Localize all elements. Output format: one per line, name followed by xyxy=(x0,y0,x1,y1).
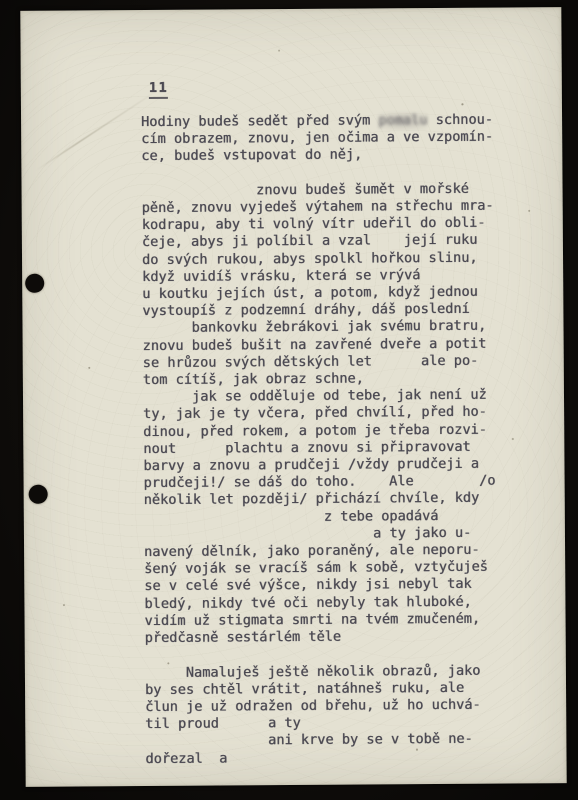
punch-hole-bottom xyxy=(29,485,48,504)
text-line: prudčeji!/ se dáš do toho. Ale /o xyxy=(144,473,544,493)
punch-hole-top xyxy=(25,274,44,293)
text-line: kodrapu, aby ti volný vítr udeřil do obl… xyxy=(142,214,542,234)
text-line: dinou, před rokem, a potom je třeba rozv… xyxy=(143,421,543,441)
text-line: cím obrazem, znovu, jen očima a ve vzpom… xyxy=(141,128,541,148)
paper-sheet: 11 Hodiny budeš sedět před svým pomalu s… xyxy=(20,7,566,787)
paper-specks xyxy=(20,11,21,12)
text-lines: Hodiny budeš sedět před svým pomalu schn… xyxy=(141,111,546,767)
smudged-word: pomalu xyxy=(378,112,427,130)
text-line: dořezal a xyxy=(145,748,545,768)
page-number: 11 xyxy=(149,81,169,99)
text-line: šený voják se vracíš sám k sobě, vztyčuj… xyxy=(144,559,544,579)
text-line: znovu budeš bušit na zavřené dveře a pot… xyxy=(143,335,543,355)
typewritten-page: 11 Hodiny budeš sedět před svým pomalu s… xyxy=(141,77,546,767)
